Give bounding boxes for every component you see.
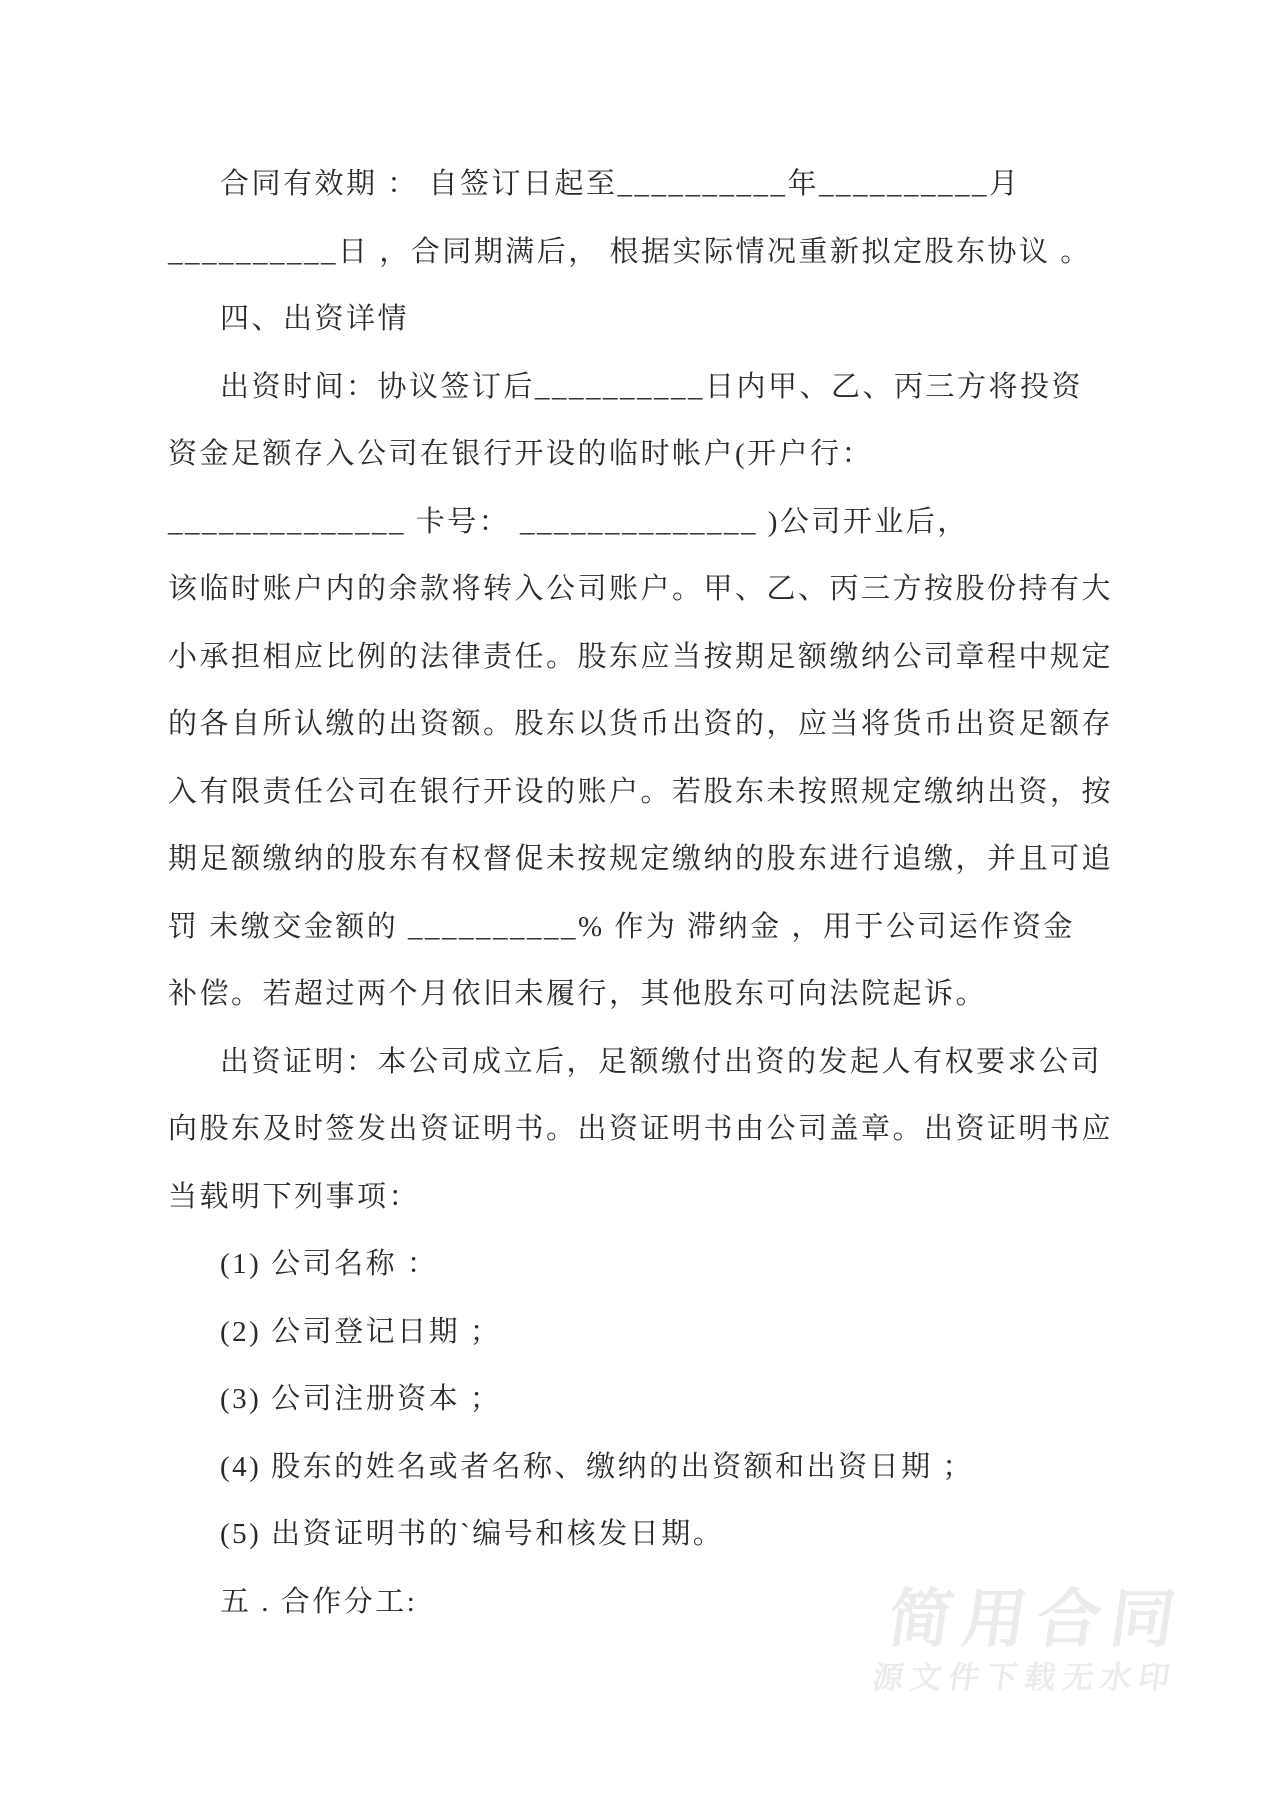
text-line: (2) 公司登记日期 ； (168, 1299, 1128, 1367)
text-line: 该临时账户内的余款将转入公司账户。甲、乙、丙三方按股份持有大 (168, 556, 1128, 624)
text-line: 的各自所认缴的出资额。股东以货币出资的，应当将货币出资足额存 (168, 691, 1128, 759)
text-line: __________日 ，合同期满后， 根据实际情况重新拟定股东协议 。 (168, 219, 1128, 287)
text-line: (3) 公司注册资本 ； (168, 1366, 1128, 1434)
text-line: 资金足额存入公司在银行开设的临时帐户(开户行： (168, 421, 1128, 489)
text-line: 入有限责任公司在银行开设的账户。若股东未按照规定缴纳出资，按 (168, 759, 1128, 827)
text-line: ______________ 卡号： ______________ )公司开业后… (168, 489, 1128, 557)
text-line: (4) 股东的姓名或者名称、缴纳的出资额和出资日期 ； (168, 1434, 1128, 1502)
contract-document-page: 合同有效期 ： 自签订日起至__________年__________月____… (0, 0, 1280, 1810)
text-line: 出资时间：协议签订后__________日内甲、乙、丙三方将投资 (168, 354, 1128, 422)
watermark-title: 简用合同 (875, 1580, 1190, 1658)
text-line: 向股东及时签发出资证明书。出资证明书由公司盖章。出资证明书应 (168, 1096, 1128, 1164)
text-line: 罚 未缴交金额的 __________% 作为 滞纳金 ，用于公司运作资金 (168, 894, 1128, 962)
text-line: 期足额缴纳的股东有权督促未按规定缴纳的股东进行追缴，并且可追 (168, 826, 1128, 894)
text-line: 合同有效期 ： 自签订日起至__________年__________月 (168, 151, 1128, 219)
text-line: (1) 公司名称 ： (168, 1231, 1128, 1299)
text-line: 四、出资详情 (168, 286, 1128, 354)
document-body: 合同有效期 ： 自签订日起至__________年__________月____… (168, 151, 1128, 1636)
text-line: 补偿。若超过两个月依旧未履行，其他股东可向法院起诉。 (168, 961, 1128, 1029)
watermark: 简用合同 源文件下载无水印 (870, 1580, 1191, 1698)
watermark-subtitle: 源文件下载无水印 (870, 1658, 1180, 1698)
text-line: 当载明下列事项： (168, 1164, 1128, 1232)
text-line: (5) 出资证明书的`编号和核发日期。 (168, 1501, 1128, 1569)
text-line: 小承担相应比例的法律责任。股东应当按期足额缴纳公司章程中规定 (168, 624, 1128, 692)
text-line: 出资证明：本公司成立后，足额缴付出资的发起人有权要求公司 (168, 1029, 1128, 1097)
